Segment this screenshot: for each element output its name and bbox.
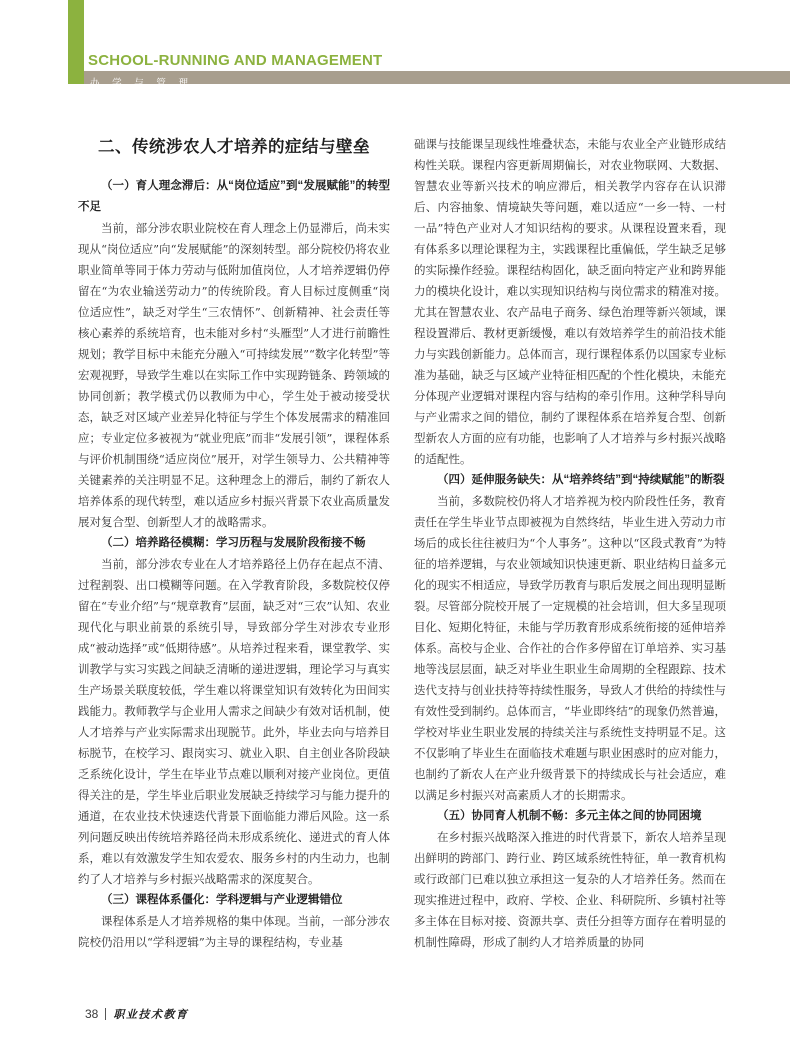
subsection-heading-3: （三）课程体系僵化：学科逻辑与产业逻辑错位 xyxy=(78,890,390,911)
paragraph-3-continuation: 础课与技能课呈现线性堆叠状态，未能与农业全产业链形成结构性关联。课程内容更新周期… xyxy=(414,134,726,470)
subsection-heading-4: （四）延伸服务缺失：从“培养终结”到“持续赋能”的断裂 xyxy=(414,470,726,491)
header-section-title-zh: 办 学 与 管 理 xyxy=(84,77,193,90)
header-section-bar: 办 学 与 管 理 xyxy=(84,71,790,84)
subsection-heading-5: （五）协同育人机制不畅：多元主体之间的协同困境 xyxy=(414,806,726,827)
paragraph-3-left-part: 课程体系是人才培养规格的集中体现。当前，一部分涉农院校仍沿用以“学科逻辑”为主导… xyxy=(78,911,390,953)
journal-name: 职业技术教育 xyxy=(113,1006,188,1022)
header-accent-bar xyxy=(68,0,84,84)
paragraph-2: 当前，部分涉农专业在人才培养路径上仍存在起点不清、过程割裂、出口模糊等问题。在入… xyxy=(78,554,390,890)
section-title: 二、传统涉农人才培养的症结与壁垒 xyxy=(78,134,390,160)
journal-page: SCHOOL-RUNNING AND MANAGEMENT 办 学 与 管 理 … xyxy=(0,0,790,1063)
paragraph-5: 在乡村振兴战略深入推进的时代背景下，新农人培养呈现出鲜明的跨部门、跨行业、跨区域… xyxy=(414,827,726,953)
right-column: 础课与技能课呈现线性堆叠状态，未能与农业全产业链形成结构性关联。课程内容更新周期… xyxy=(414,134,726,996)
article-body: 二、传统涉农人才培养的症结与壁垒 （一）育人理念滞后：从“岗位适应”到“发展赋能… xyxy=(78,134,726,996)
page-footer: 38 职业技术教育 xyxy=(85,1006,188,1022)
footer-divider xyxy=(105,1008,106,1020)
left-column: 二、传统涉农人才培养的症结与壁垒 （一）育人理念滞后：从“岗位适应”到“发展赋能… xyxy=(78,134,390,996)
paragraph-4: 当前，多数院校仍将人才培养视为校内阶段性任务，教育责任在学生毕业节点即被视为自然… xyxy=(414,491,726,806)
subsection-heading-1: （一）育人理念滞后：从“岗位适应”到“发展赋能”的转型不足 xyxy=(78,176,390,218)
page-number: 38 xyxy=(85,1007,98,1021)
subsection-heading-2: （二）培养路径模糊：学习历程与发展阶段衔接不畅 xyxy=(78,533,390,554)
paragraph-1: 当前，部分涉农职业院校在育人理念上仍显滞后，尚未实现从“岗位适应”向“发展赋能”… xyxy=(78,218,390,533)
header-section-title-en: SCHOOL-RUNNING AND MANAGEMENT xyxy=(88,53,382,69)
